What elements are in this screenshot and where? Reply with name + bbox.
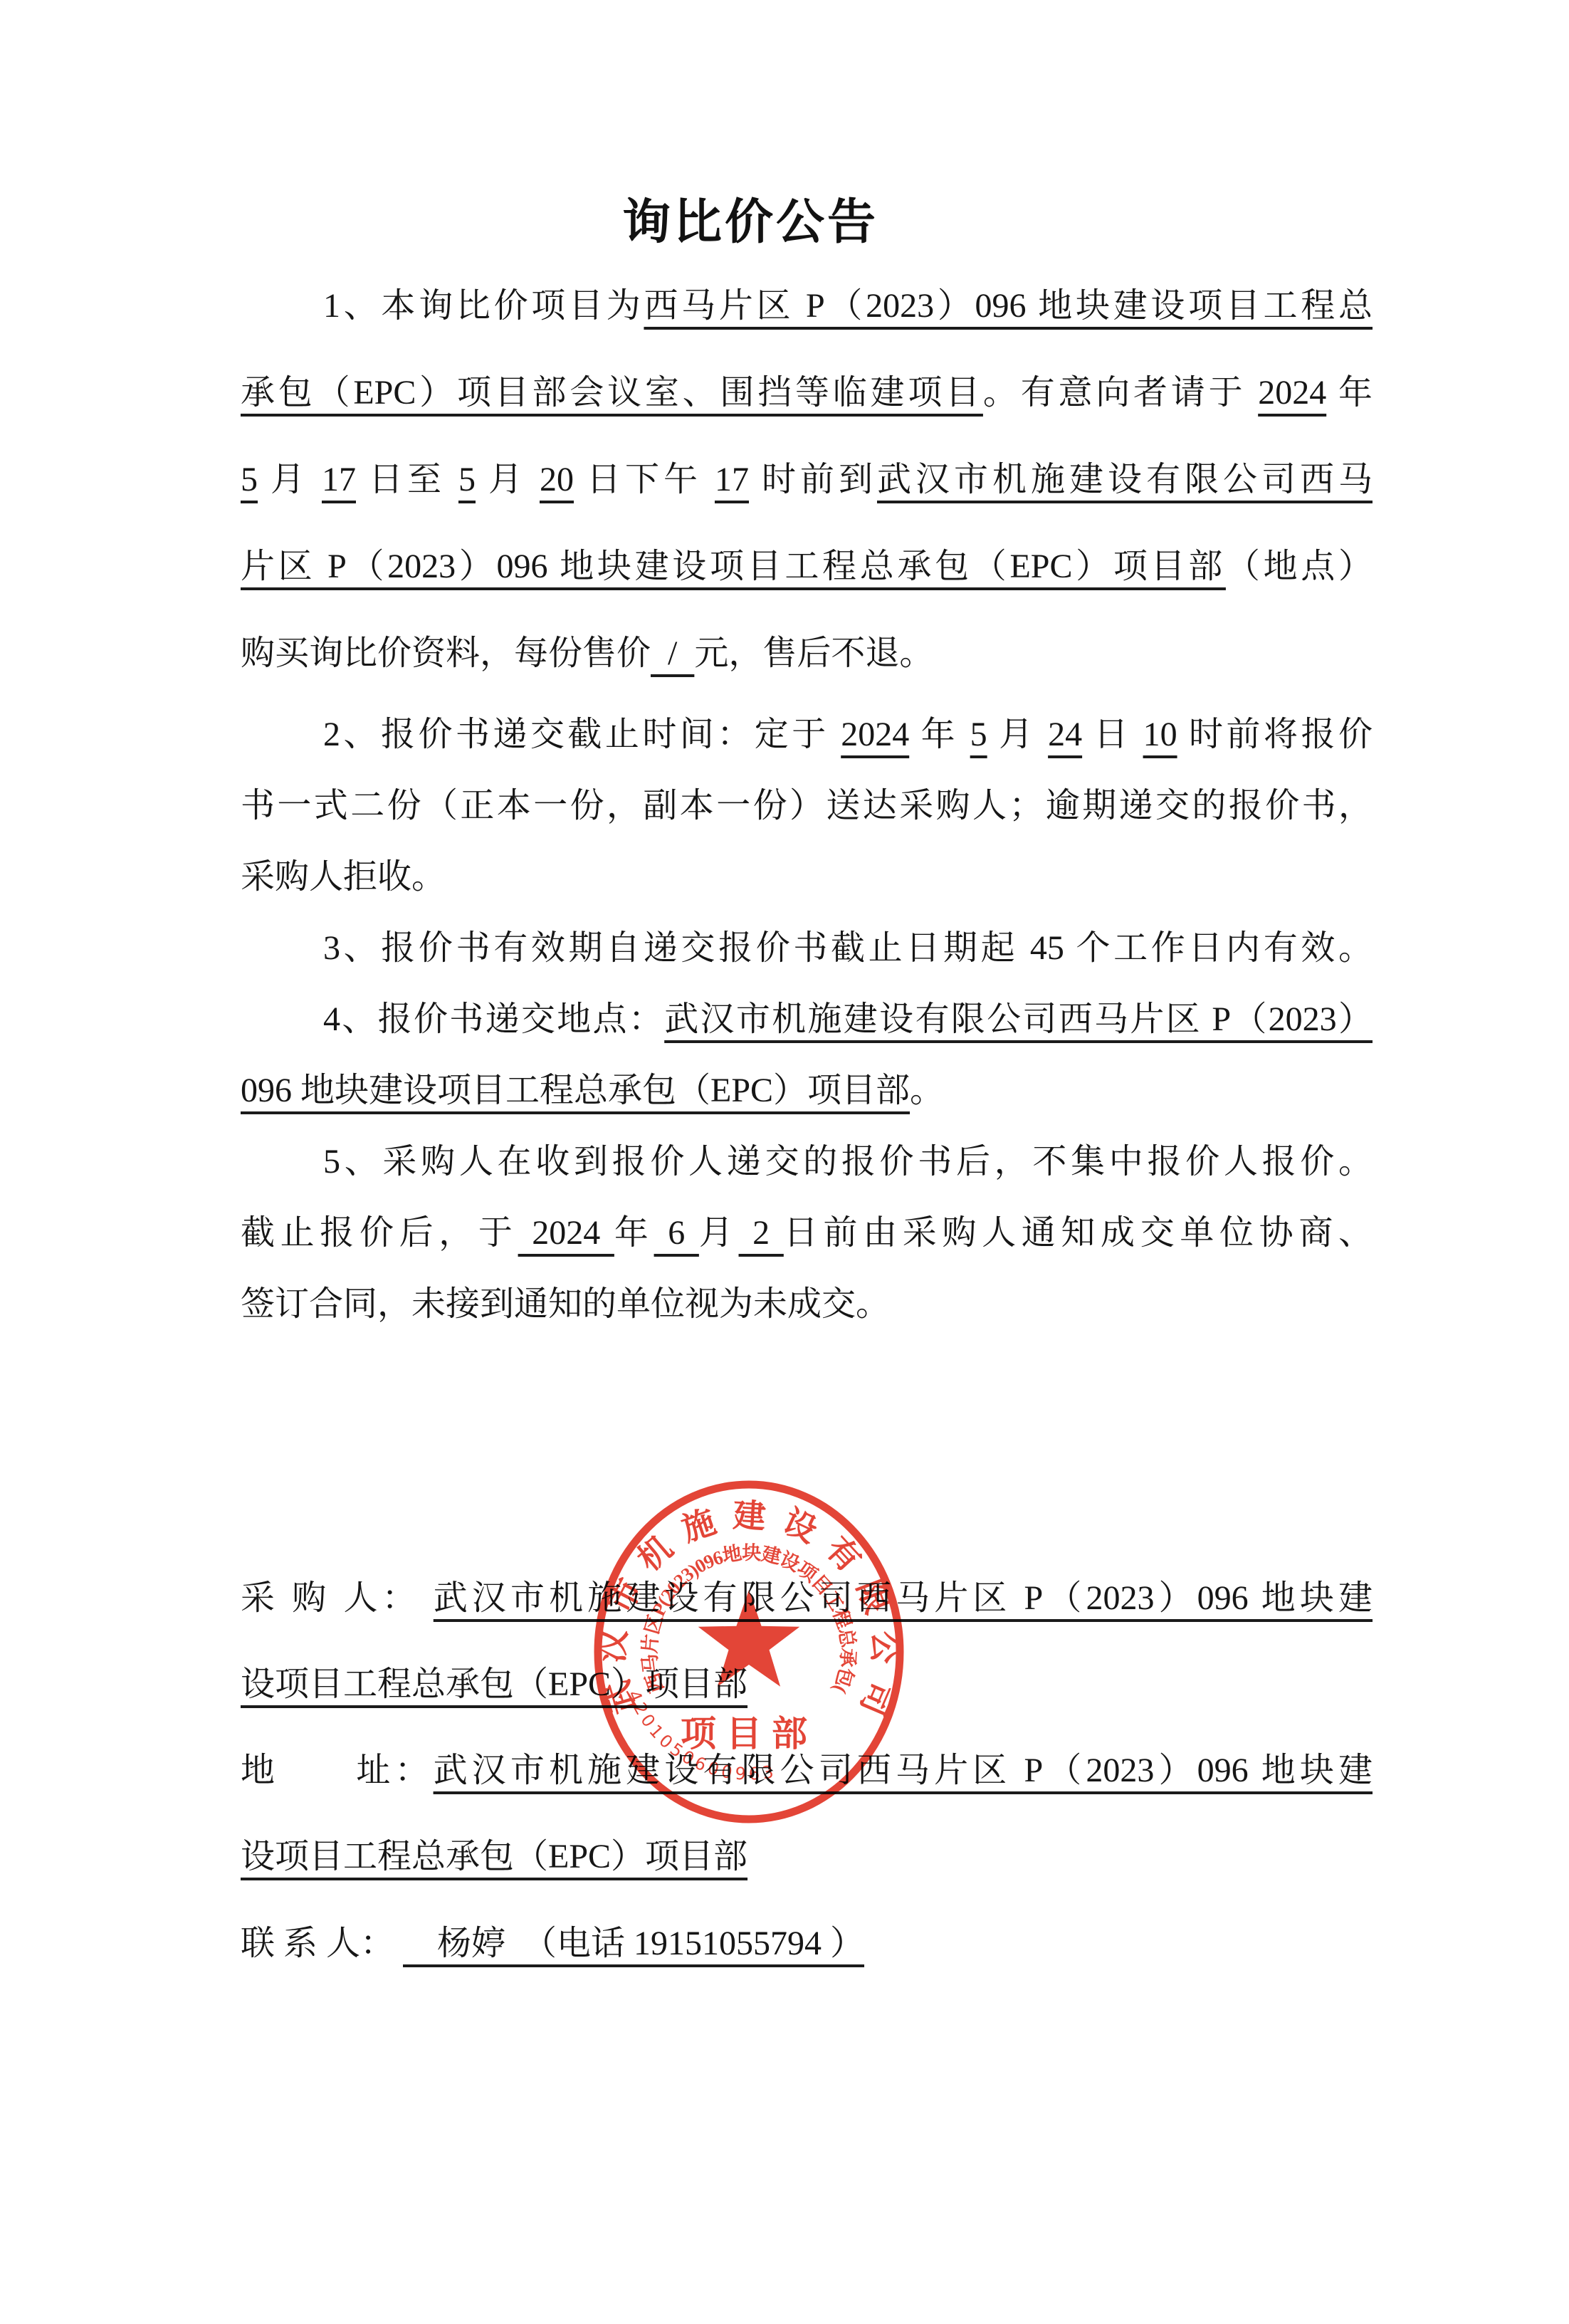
underlined-text: 武汉市机施建设有限公司西马 — [877, 461, 1373, 498]
text-line-7: 书一式二份（正本一份，副本一份）送达采购人；逾期递交的报价书， — [241, 769, 1373, 843]
seal-center-text: 项目部 — [681, 1714, 817, 1754]
text-segment: 签订合同，未接到通知的单位视为未成交。 — [241, 1285, 890, 1323]
text-line-12: 5、采购人在收到报价人递交的报价书后，不集中报价人报价。 — [241, 1125, 1373, 1199]
text-segment: 元，售后不退。 — [694, 634, 933, 672]
text-segment: 5、采购人在收到报价人递交的报价书后，不集中报价人报价。 — [323, 1143, 1373, 1181]
underlined-text: 2 — [739, 1214, 784, 1252]
text-segment: 时前到 — [749, 461, 877, 498]
text-line-13: 截止报价后，于 2024 年 6 月 2 日前由采购人通知成交单位协商、 — [241, 1196, 1373, 1270]
text-line-11: 096 地块建设项目工程总承包（EPC）项目部。 — [241, 1054, 1373, 1128]
text-segment: 月 — [987, 716, 1048, 753]
text-line-18: 设项目工程总承包（EPC）项目部 — [241, 1820, 1373, 1894]
text-segment: 日 — [1082, 716, 1143, 753]
text-line-14: 签订合同，未接到通知的单位视为未成交。 — [241, 1267, 1373, 1341]
text-segment: 。 — [910, 1072, 944, 1109]
text-segment: 采购人拒收。 — [241, 858, 446, 896]
underlined-text: 5 — [241, 461, 258, 498]
underlined-text: 6 — [654, 1214, 699, 1252]
underlined-text: 2024 — [1258, 374, 1326, 412]
underlined-text: 10 — [1143, 716, 1177, 753]
underlined-text: 17 — [322, 461, 356, 498]
underlined-text: 17 — [715, 461, 749, 498]
text-line-9: 3、报价书有效期自递交报价书截止日期起 45 个工作日内有效。 — [241, 911, 1373, 985]
text-segment: 日前由采购人通知成交单位协商、 — [784, 1214, 1373, 1252]
text-segment: 日至 — [356, 461, 458, 498]
text-line-3: 5 月 17 日至 5 月 20 日下午 17 时前到武汉市机施建设有限公司西马 — [241, 443, 1373, 517]
text-segment: 月 — [476, 461, 540, 498]
underlined-text: 2024 — [841, 716, 909, 753]
text-segment: 年 — [1326, 374, 1373, 412]
underlined-text: 西马片区 P（2023）096 地块建设项目工程总 — [644, 287, 1373, 325]
text-segment: 1、本询比价项目为 — [323, 287, 644, 325]
text-line-4: 片区 P（2023）096 地块建设项目工程总承包（EPC）项目部（地点） — [241, 530, 1373, 604]
underlined-text: 设项目工程总承包（EPC）项目部 — [241, 1838, 747, 1875]
underlined-text: 096 地块建设项目工程总承包（EPC）项目部 — [241, 1072, 910, 1109]
company-seal-stamp: 武汉市机施建设有限公司 西马片区P(2023)096地块建设项目工程总承包(EP… — [578, 1474, 920, 1830]
underlined-text: 承包（EPC）项目部会议室、围挡等临建项目 — [241, 374, 983, 412]
text-line-1: 1、本询比价项目为西马片区 P（2023）096 地块建设项目工程总 — [241, 269, 1373, 343]
text-line-10: 4、报价书递交地点：武汉市机施建设有限公司西马片区 P（2023） — [241, 983, 1373, 1057]
announcement-page: 询比价公告 1、本询比价项目为西马片区 P（2023）096 地块建设项目工程总… — [0, 0, 1569, 2324]
text-line-6: 2、报价书递交截止时间：定于 2024 年 5 月 24 日 10 时前将报价 — [241, 698, 1373, 772]
page-title: 询比价公告 — [0, 184, 1535, 253]
underlined-text: 武汉市机施建设有限公司西马片区 P（2023） — [664, 1000, 1373, 1038]
text-segment: 书一式二份（正本一份，副本一份）送达采购人；逾期递交的报价书， — [241, 787, 1373, 825]
text-segment: 联 系 人： — [241, 1925, 403, 1962]
text-segment: 年 — [614, 1214, 654, 1252]
text-segment: 时前将报价 — [1177, 716, 1373, 753]
underlined-text: 24 — [1048, 716, 1082, 753]
text-segment: 地 址： — [241, 1752, 434, 1789]
underlined-text: / — [651, 634, 694, 672]
underlined-text: 2024 — [518, 1214, 614, 1252]
text-segment: 日下午 — [574, 461, 715, 498]
text-line-19: 联 系 人： 杨婷 （电话 19151055794 ） — [241, 1907, 1373, 1981]
text-segment: （地点） — [1226, 548, 1373, 585]
text-segment: 采 购 人： — [241, 1579, 434, 1617]
text-segment: 2、报价书递交截止时间：定于 — [323, 716, 841, 753]
text-segment: 。有意向者请于 — [983, 374, 1258, 412]
text-segment: 月 — [258, 461, 322, 498]
text-line-8: 采购人拒收。 — [241, 840, 1373, 914]
text-segment: 3、报价书有效期自递交报价书截止日期起 45 个工作日内有效。 — [323, 929, 1373, 967]
underlined-text: 杨婷 （电话 19151055794 ） — [403, 1925, 864, 1962]
text-line-5: 购买询比价资料，每份售价 / 元，售后不退。 — [241, 617, 1373, 691]
underlined-text: 片区 P（2023）096 地块建设项目工程总承包（EPC）项目部 — [241, 548, 1226, 585]
underlined-text: 5 — [970, 716, 987, 753]
text-line-2: 承包（EPC）项目部会议室、围挡等临建项目。有意向者请于 2024 年 — [241, 356, 1373, 430]
text-segment: 4、报价书递交地点： — [323, 1000, 664, 1038]
underlined-text: 20 — [540, 461, 574, 498]
text-segment: 月 — [699, 1214, 739, 1252]
underlined-text: 5 — [458, 461, 476, 498]
text-segment: 购买询比价资料，每份售价 — [241, 634, 651, 672]
text-segment: 截止报价后，于 — [241, 1214, 518, 1252]
seal-star-icon — [698, 1590, 800, 1687]
text-segment: 年 — [909, 716, 970, 753]
